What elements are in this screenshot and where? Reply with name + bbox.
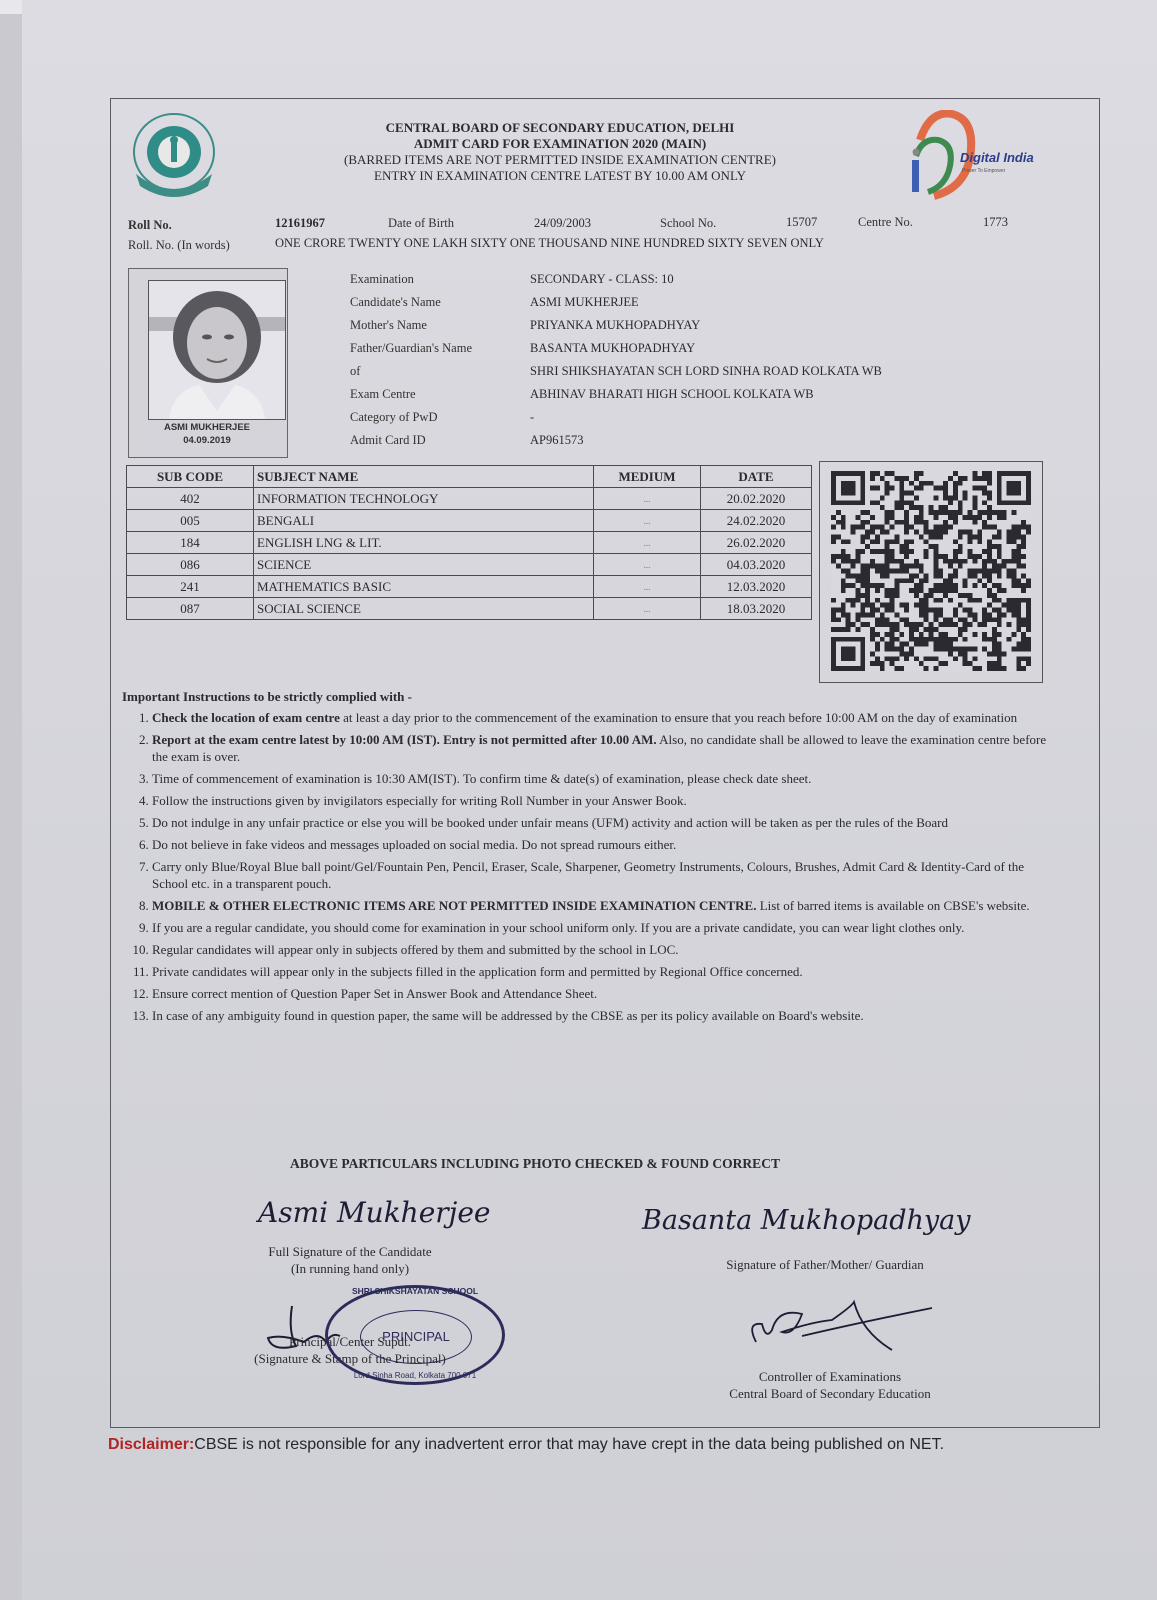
roll-no-value: 12161967	[275, 216, 325, 231]
instruction-item: Carry only Blue/Royal Blue ball point/Ge…	[152, 858, 1052, 892]
roll-words-value: ONE CRORE TWENTY ONE LAKH SIXTY ONE THOU…	[275, 236, 824, 251]
stamp-ring-text: SHRI SHIKSHAYATAN SCHOOL	[328, 1286, 502, 1296]
guardian-signature: Basanta Mukhopadhyay	[642, 1205, 971, 1236]
col-sub-code: SUB CODE	[127, 466, 254, 488]
instruction-item: MOBILE & OTHER ELECTRONIC ITEMS ARE NOT …	[152, 897, 1052, 914]
exam-date: 12.03.2020	[701, 576, 812, 598]
subject-name: SCIENCE	[254, 554, 594, 576]
sub-code: 005	[127, 510, 254, 532]
dob-value: 24/09/2003	[534, 216, 591, 231]
table-row: 087 SOCIAL SCIENCE ... 18.03.2020	[127, 598, 812, 620]
exam-date: 04.03.2020	[701, 554, 812, 576]
school-no-value: 15707	[786, 215, 817, 230]
disclaimer-label: Disclaimer:	[108, 1436, 194, 1453]
detail-label-pwd-category: Category of PwD	[350, 410, 438, 425]
centre-no-value: 1773	[983, 215, 1008, 230]
instruction-item: If you are a regular candidate, you shou…	[152, 919, 1052, 936]
table-row: 184 ENGLISH LNG & LIT. ... 26.02.2020	[127, 532, 812, 554]
school-stamp: SHRI SHIKSHAYATAN SCHOOL PRINCIPAL Lord …	[325, 1285, 505, 1385]
instruction-item: Report at the exam centre latest by 10:0…	[152, 731, 1052, 765]
medium: ...	[594, 598, 701, 620]
stamp-bottom-text: Lord Sinha Road, Kolkata 700 071	[328, 1371, 502, 1380]
instructions-list: Check the location of exam centre at lea…	[122, 709, 1052, 1024]
verification-statement: ABOVE PARTICULARS INCLUDING PHOTO CHECKE…	[290, 1156, 780, 1172]
sub-code: 402	[127, 488, 254, 510]
photo-caption: ASMI MUKHERJEE 04.09.2019	[128, 421, 286, 447]
subjects-header-row: SUB CODE SUBJECT NAME MEDIUM DATE	[127, 466, 812, 488]
exam-date: 24.02.2020	[701, 510, 812, 532]
subject-name: BENGALI	[254, 510, 594, 532]
photo-caption-date: 04.09.2019	[128, 434, 286, 447]
svg-text:Digital India: Digital India	[960, 150, 1034, 165]
sub-code: 184	[127, 532, 254, 554]
disclaimer-text: CBSE is not responsible for any inadvert…	[194, 1436, 944, 1453]
table-row: 086 SCIENCE ... 04.03.2020	[127, 554, 812, 576]
instruction-item: In case of any ambiguity found in questi…	[152, 1007, 1052, 1024]
cbse-logo-icon	[128, 112, 220, 198]
medium: ...	[594, 554, 701, 576]
stamp-center-text: PRINCIPAL	[360, 1310, 472, 1364]
detail-value-admit-card-id: AP961573	[530, 433, 583, 448]
svg-text:Power To Empower: Power To Empower	[962, 168, 1006, 174]
exam-date: 18.03.2020	[701, 598, 812, 620]
board-name: CENTRAL BOARD OF SECONDARY EDUCATION, DE…	[280, 120, 840, 136]
candidate-signature: Asmi Mukherjee	[258, 1196, 490, 1229]
subject-name: MATHEMATICS BASIC	[254, 576, 594, 598]
candidate-caption-line2: (In running hand only)	[225, 1260, 475, 1277]
candidate-signature-caption: Full Signature of the Candidate (In runn…	[225, 1243, 475, 1277]
controller-caption-line1: Controller of Examinations	[690, 1368, 970, 1385]
col-date: DATE	[701, 466, 812, 488]
instructions-section: Important Instructions to be strictly co…	[122, 688, 1052, 1029]
controller-caption-line2: Central Board of Secondary Education	[690, 1385, 970, 1402]
person-photo-icon	[149, 281, 285, 419]
digital-india-logo-icon: Digital India Power To Empower	[890, 110, 1040, 200]
sub-code: 241	[127, 576, 254, 598]
instruction-item: Follow the instructions given by invigil…	[152, 792, 1052, 809]
dob-label: Date of Birth	[388, 216, 454, 231]
detail-value-school: SHRI SHIKSHAYATAN SCH LORD SINHA ROAD KO…	[530, 364, 882, 379]
detail-label-exam-centre: Exam Centre	[350, 387, 416, 402]
photo-caption-name: ASMI MUKHERJEE	[128, 421, 286, 434]
instruction-item: Check the location of exam centre at lea…	[152, 709, 1052, 726]
detail-value-pwd-category: -	[530, 410, 534, 425]
table-row: 241 MATHEMATICS BASIC ... 12.03.2020	[127, 576, 812, 598]
exam-date: 20.02.2020	[701, 488, 812, 510]
candidate-caption-line1: Full Signature of the Candidate	[225, 1243, 475, 1260]
detail-value-father-name: BASANTA MUKHOPADHYAY	[530, 341, 695, 356]
guardian-signature-caption: Signature of Father/Mother/ Guardian	[690, 1256, 960, 1273]
instructions-title: Important Instructions to be strictly co…	[122, 688, 1052, 705]
detail-label-mother-name: Mother's Name	[350, 318, 427, 333]
admit-card-header: CENTRAL BOARD OF SECONDARY EDUCATION, DE…	[280, 120, 840, 184]
exam-title: ADMIT CARD FOR EXAMINATION 2020 (MAIN)	[280, 136, 840, 152]
detail-label-candidate-name: Candidate's Name	[350, 295, 441, 310]
detail-label-father-name: Father/Guardian's Name	[350, 341, 472, 356]
instruction-item: Regular candidates will appear only in s…	[152, 941, 1052, 958]
table-row: 005 BENGALI ... 24.02.2020	[127, 510, 812, 532]
roll-no-label: Roll No.	[128, 218, 172, 233]
medium: ...	[594, 510, 701, 532]
sub-code: 087	[127, 598, 254, 620]
disclaimer: Disclaimer:CBSE is not responsible for a…	[108, 1436, 944, 1454]
instruction-item: Do not believe in fake videos and messag…	[152, 836, 1052, 853]
instruction-item: Ensure correct mention of Question Paper…	[152, 985, 1052, 1002]
controller-signature-caption: Controller of Examinations Central Board…	[690, 1368, 970, 1402]
detail-label-admit-card-id: Admit Card ID	[350, 433, 426, 448]
instruction-item: Private candidates will appear only in t…	[152, 963, 1052, 980]
centre-no-label: Centre No.	[858, 215, 913, 230]
detail-label-examination: Examination	[350, 272, 414, 287]
entry-time-notice: ENTRY IN EXAMINATION CENTRE LATEST BY 10…	[280, 168, 840, 184]
detail-value-exam-centre: ABHINAV BHARATI HIGH SCHOOL KOLKATA WB	[530, 387, 814, 402]
col-subject-name: SUBJECT NAME	[254, 466, 594, 488]
medium: ...	[594, 532, 701, 554]
col-medium: MEDIUM	[594, 466, 701, 488]
subject-name: ENGLISH LNG & LIT.	[254, 532, 594, 554]
medium: ...	[594, 488, 701, 510]
detail-value-examination: SECONDARY - CLASS: 10	[530, 272, 674, 287]
school-no-label: School No.	[660, 216, 716, 231]
detail-value-mother-name: PRIYANKA MUKHOPADHYAY	[530, 318, 700, 333]
exam-date: 26.02.2020	[701, 532, 812, 554]
table-row: 402 INFORMATION TECHNOLOGY ... 20.02.202…	[127, 488, 812, 510]
instruction-item: Time of commencement of examination is 1…	[152, 770, 1052, 787]
subject-name: SOCIAL SCIENCE	[254, 598, 594, 620]
instruction-item: Do not indulge in any unfair practice or…	[152, 814, 1052, 831]
controller-signature-icon	[742, 1292, 942, 1352]
roll-words-label: Roll. No. (In words)	[128, 238, 230, 253]
detail-value-candidate-name: ASMI MUKHERJEE	[530, 295, 639, 310]
detail-label-school: of	[350, 364, 360, 379]
subjects-table: SUB CODE SUBJECT NAME MEDIUM DATE 402 IN…	[126, 465, 812, 620]
subject-name: INFORMATION TECHNOLOGY	[254, 488, 594, 510]
medium: ...	[594, 576, 701, 598]
qr-code-icon	[831, 471, 1031, 671]
candidate-photo	[148, 280, 286, 420]
sub-code: 086	[127, 554, 254, 576]
barred-items-notice: (BARRED ITEMS ARE NOT PERMITTED INSIDE E…	[280, 152, 840, 168]
